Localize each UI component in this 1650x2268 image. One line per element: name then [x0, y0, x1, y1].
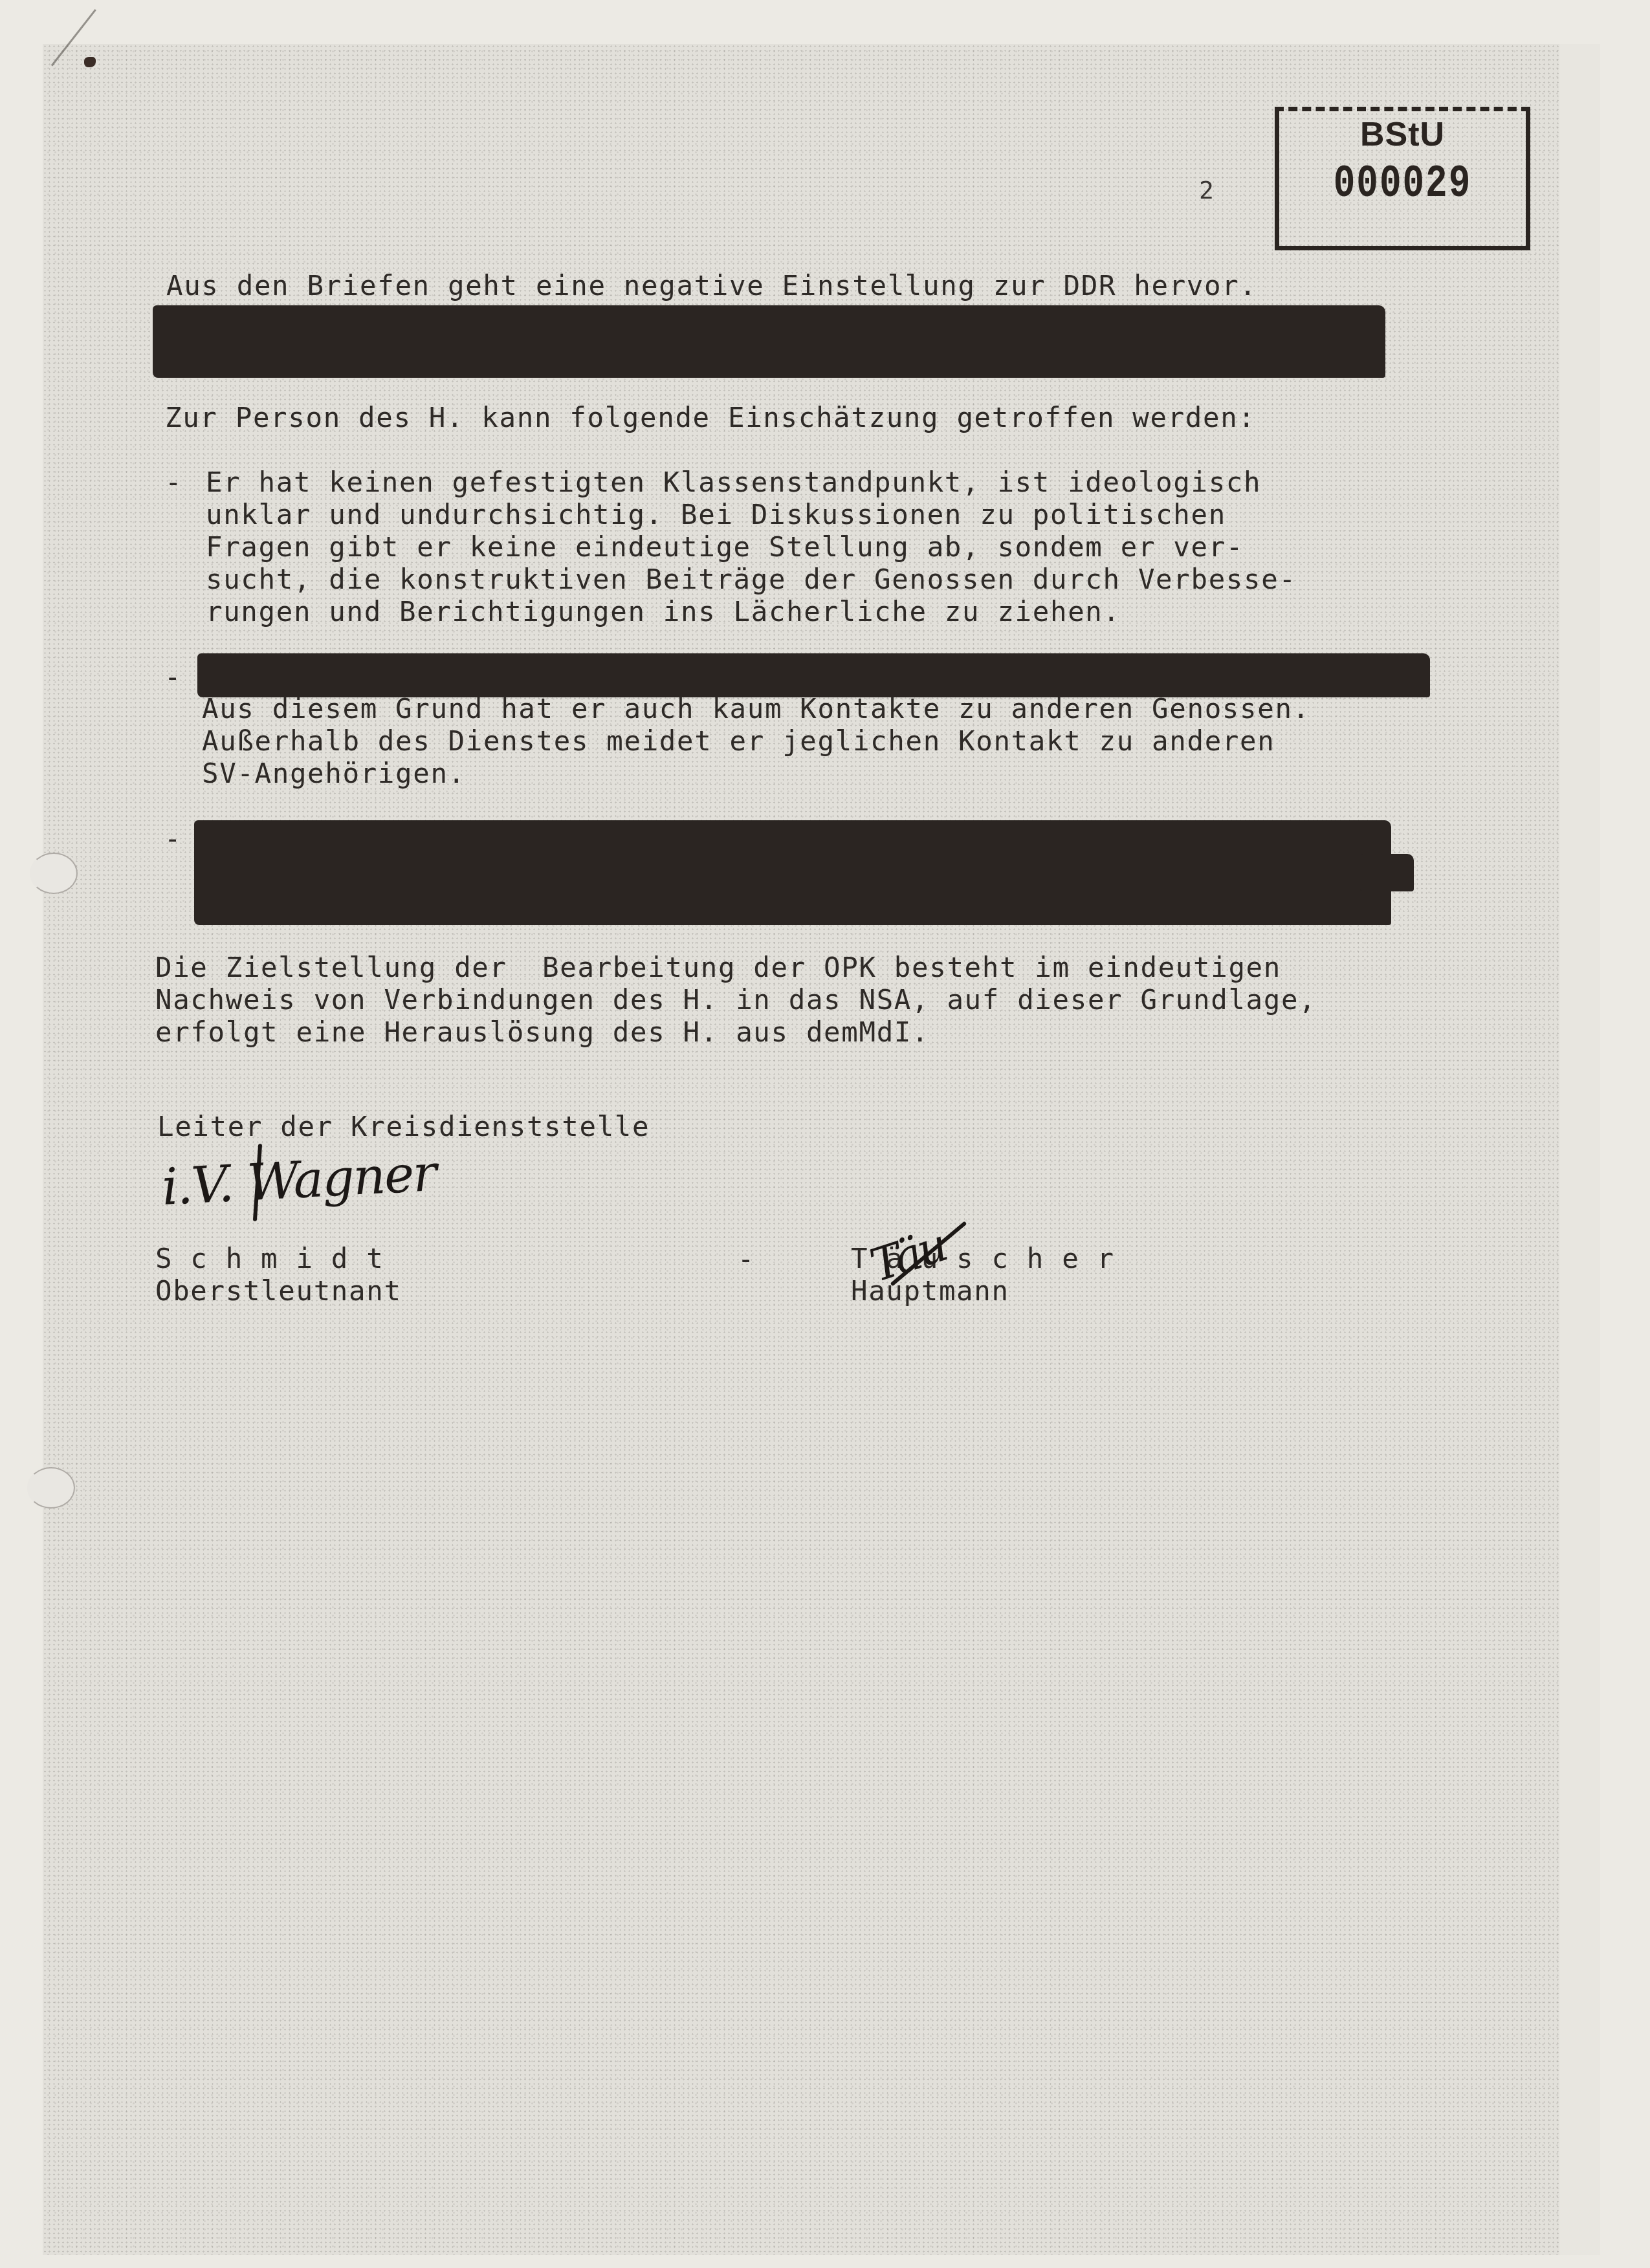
- punch-hole: [27, 1467, 75, 1509]
- intro-line: Aus den Briefen geht eine negative Einst…: [166, 270, 1257, 303]
- bullet-marker: -: [165, 467, 182, 499]
- bullet-1-line: Er hat keinen gefestigten Klassenstandpu…: [206, 467, 1261, 499]
- redaction-bar: [197, 653, 1430, 697]
- bullet-2-line: SV-Angehörigen.: [202, 758, 466, 791]
- redaction-bar: [194, 820, 1391, 925]
- punch-hole: [30, 853, 78, 894]
- bullet-1-line: sucht, die konstruktiven Beiträge der Ge…: [206, 564, 1297, 596]
- stamp-title: BStU: [1279, 115, 1526, 154]
- separator-mark: -: [738, 1243, 754, 1275]
- staple-mark: [84, 57, 96, 67]
- redaction-bar: [153, 305, 1385, 378]
- signatory-rank: Oberstleutnant: [155, 1276, 402, 1308]
- signatory-name: S c h m i d t: [155, 1243, 384, 1276]
- paper-margin: [1559, 44, 1600, 2255]
- signatory-rank: Hauptmann: [851, 1276, 1009, 1308]
- archive-stamp: BStU 000029: [1275, 107, 1530, 250]
- conclusion-line: Die Zielstellung der Bearbeitung der OPK…: [155, 952, 1281, 985]
- bullet-2-line: Aus diesem Grund hat er auch kaum Kontak…: [202, 693, 1310, 726]
- page-number: 2: [1199, 176, 1214, 204]
- stamp-number: 000029: [1279, 158, 1526, 210]
- redaction-bar: [1359, 854, 1414, 891]
- conclusion-line: erfolgt eine Herauslösung des H. aus dem…: [155, 1017, 929, 1049]
- bullet-marker: -: [164, 823, 181, 855]
- bullet-2-line: Außerhalb des Dienstes meidet er jeglich…: [202, 726, 1275, 758]
- bullet-1-line: rungen und Berichtigungen ins Lächerlich…: [206, 596, 1121, 629]
- assessment-intro: Zur Person des H. kann folgende Einschät…: [165, 402, 1256, 435]
- bullet-1-line: Fragen gibt er keine eindeutige Stellung…: [206, 532, 1244, 564]
- bullet-1-line: unklar und undurchsichtig. Bei Diskussio…: [206, 499, 1226, 532]
- office-title: Leiter der Kreisdienststelle: [157, 1111, 650, 1144]
- conclusion-line: Nachweis von Verbindungen des H. in das …: [155, 985, 1316, 1017]
- bullet-marker: -: [164, 661, 181, 693]
